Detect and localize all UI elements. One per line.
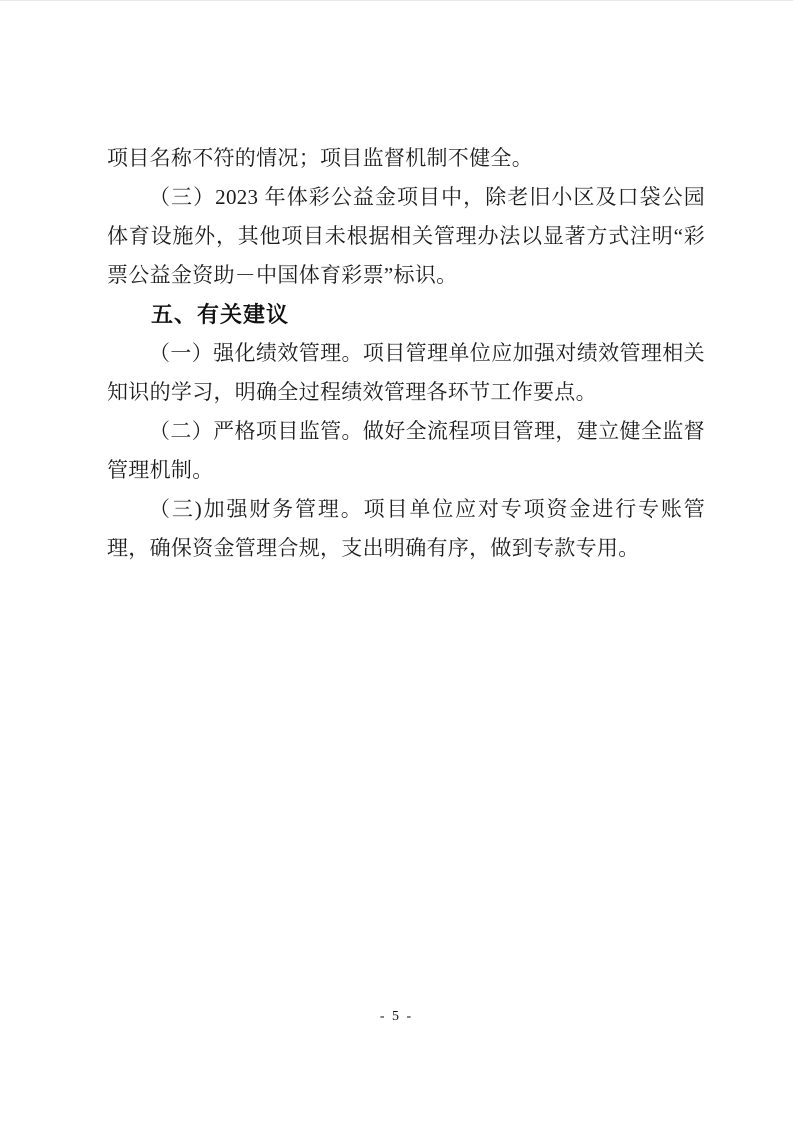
paragraph-finding-3: （三）2023 年体彩公益金项目中，除老旧小区及口袋公园体育设施外，其他项目未根… — [107, 178, 705, 295]
paragraph-continuation: 项目名称不符的情况；项目监督机制不健全。 — [107, 139, 705, 178]
page-footer: - 5 - — [0, 1007, 793, 1025]
document-page: 项目名称不符的情况；项目监督机制不健全。 （三）2023 年体彩公益金项目中，除… — [0, 0, 793, 1122]
page-number: - 5 - — [380, 1009, 413, 1024]
section-heading: 五、有关建议 — [107, 295, 705, 334]
paragraph-suggestion-3: （三)加强财务管理。项目单位应对专项资金进行专账管理，确保资金管理合规，支出明确… — [107, 490, 705, 568]
paragraph-suggestion-2: （二）严格项目监管。做好全流程项目管理，建立健全监督管理机制。 — [107, 412, 705, 490]
paragraph-suggestion-1: （一）强化绩效管理。项目管理单位应加强对绩效管理相关知识的学习，明确全过程绩效管… — [107, 334, 705, 412]
document-body: 项目名称不符的情况；项目监督机制不健全。 （三）2023 年体彩公益金项目中，除… — [107, 139, 705, 568]
